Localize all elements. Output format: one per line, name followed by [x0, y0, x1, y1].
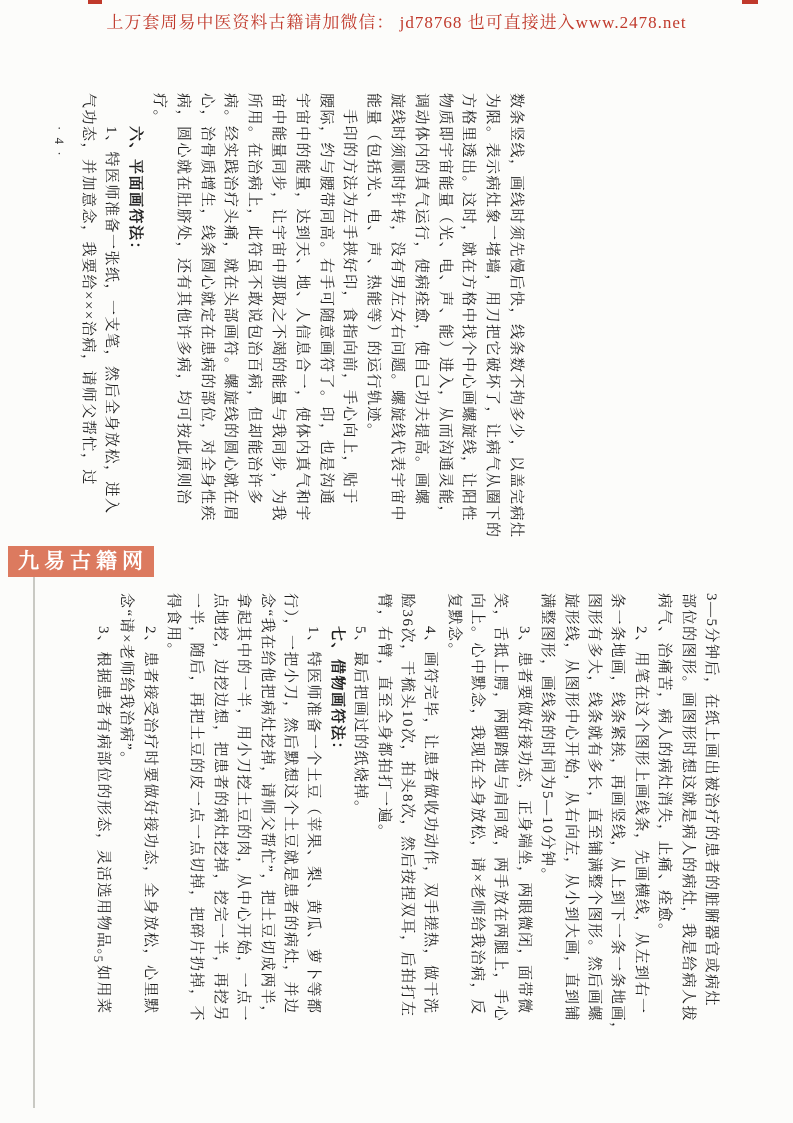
text-line: 旋线时须顺时针转，没有男左女右问题。螺旋线代表宇宙中	[384, 93, 408, 563]
text-line: 3—5分钟后，在纸上画出被治疗的患者的脏腑器官或病灶	[699, 593, 722, 1046]
text-line: 物质即宇宙能量（光、电、声、能）进入，从而沟通灵能，	[432, 93, 456, 563]
scan-artifact-red-mark	[742, 0, 758, 4]
text-line: 脸36次，干梳头10次，拍头8次，然后按捏双耳，后拍打左	[395, 593, 418, 1046]
text-line: 2、用笔在这个图形上画线条，先画横线，从左到右一	[628, 593, 651, 1046]
page4-number: · 4 ·	[51, 126, 67, 172]
text-line: 一半，随后，再把土豆的皮一点一点切掉，把碎片扔掉，不	[184, 593, 207, 1046]
page5-text-block: 3—5分钟后，在纸上画出被治疗的患者的脏腑器官或病灶部位的图形。画图形时想这就是…	[90, 593, 722, 1046]
text-line: 调动体内的真气运行，使病痊愈，使自己功夫提高。画螺	[408, 93, 432, 563]
text-line: 腰际，约与腰带同高。右手可随意画符了。印，也是沟通	[313, 93, 337, 563]
text-line: 心，治骨质增生，线条圆心就定在患病的部位，对全身性疾	[194, 93, 218, 563]
text-line: 1、特医师准备一个土豆（苹果、梨、黄瓜、萝卜等都	[301, 593, 324, 1046]
text-line: 为限。表示病灶象一堵墙，用刀把它破坏了，让病气从圈下的	[479, 93, 503, 563]
scan-fold-line	[33, 572, 35, 1108]
text-line: 气功态，并加意念，我要给×××治病，请师父帮忙，过	[75, 93, 99, 563]
text-line: 点地挖，边挖边想，把患者的病灶挖掉，挖完一半，再挖另	[207, 593, 230, 1046]
text-line: 部位的图形。画图形时想这就是病人的病灶，我是给病人拔	[675, 593, 698, 1046]
text-line: 臂，右臂，直至全身都拍打一遍。	[371, 593, 394, 1046]
scan-artifact-red-mark	[88, 0, 102, 4]
text-line: 宙中能量同步，让宇宙中那取之不竭的能量与我同步，为我	[265, 93, 289, 563]
page4-text-block: 数条竖线，画线时须先慢后快，线条数不拘多少，以盖完病灶为限。表示病灶象一堵墙，用…	[75, 93, 527, 563]
text-line: 5、最后把画过的纸烧掉。	[348, 593, 371, 1046]
text-line: 1、特医师准备一张纸，一支笔，然后全身放松，进入	[99, 93, 123, 563]
text-line: 能量（包括光、电、声、热能等）的运行轨迹。	[360, 93, 384, 563]
text-line: 数条竖线，画线时须先慢后快，线条数不拘多少，以盖完病灶	[503, 93, 527, 563]
text-line: 七、借物画符法：	[324, 593, 347, 1046]
text-line: 手印的方法为左手挟好印，食指向前，手心向上，贴于	[337, 93, 361, 563]
text-line: 满整图形，画线条的时间为5—10分钟。	[535, 593, 558, 1046]
text-line: 宇宙中的能量，达到天、地、人信息合一，使体内真气和宇	[289, 93, 313, 563]
promo-header-text: 上万套周易中医资料古籍请加微信： jd78768 也可直接进入www.2478.…	[0, 8, 793, 33]
scanned-book-page: 上万套周易中医资料古籍请加微信： jd78768 也可直接进入www.2478.…	[0, 0, 793, 1123]
text-line: 向上。心中默念，我现在全身放松，请×老师给我治病，反	[465, 593, 488, 1046]
page5-number: · 5 ·	[90, 944, 106, 990]
text-line: 复默念。	[441, 593, 464, 1046]
text-line: 六、平面画符法：	[122, 93, 146, 563]
text-line: 4、画符完毕，让患者做收功动作，双手搓热，做干洗	[418, 593, 441, 1046]
text-line: 得食用。	[161, 593, 184, 1046]
text-line: 病，圆心就在肚脐处，还有其他许多病，均可按此原则治	[170, 93, 194, 563]
text-line: 疗。	[146, 93, 170, 563]
text-line: 条一条地画，线条紧挨，再画竖线，从上到下一条一条地画，	[605, 593, 628, 1046]
text-line: 念“请×老师给我治病”。	[114, 593, 137, 1046]
text-line: 2、患者接受治疗时要做好接功态，全身放松，心里默	[137, 593, 160, 1046]
text-line: 念“我在给他把病灶挖掉，请师父帮忙”，把土豆切成两半，	[254, 593, 277, 1046]
text-line: 方格里透出。这时，就在方格中找个中心画螺旋线，让阳性	[456, 93, 480, 563]
text-line: 笑，舌抵上腭，两脚踏地与肩同宽，两手放在两腿上，手心	[488, 593, 511, 1046]
watermark-badge: 九易古籍网	[8, 546, 154, 577]
text-line: 病。经实践治疗头痛，就在头部画符。螺旋线的圆心就在眉	[218, 93, 242, 563]
text-line: 行），一把小刀，然后默想这个土豆就是患者的病灶，并边	[278, 593, 301, 1046]
text-line: 病气、治痛苦，病人的病灶消失，止痛、痊愈。	[652, 593, 675, 1046]
text-line: 所用。在治病上，此符虽不敢说包治百病，但却能治许多	[241, 93, 265, 563]
text-line: 旋形线，从图形中心开始，从右向左，从小到大画，直到铺	[558, 593, 581, 1046]
text-line: 图形有多大，线条就有多长，直至铺满整个图形。然后画螺	[582, 593, 605, 1046]
text-line: 拿起其中的一半，用小刀挖土豆的肉，从中心开始，一点一	[231, 593, 254, 1046]
text-line: 3、患者要做好接功态，正身端坐，两眼微闭，面带微	[511, 593, 534, 1046]
